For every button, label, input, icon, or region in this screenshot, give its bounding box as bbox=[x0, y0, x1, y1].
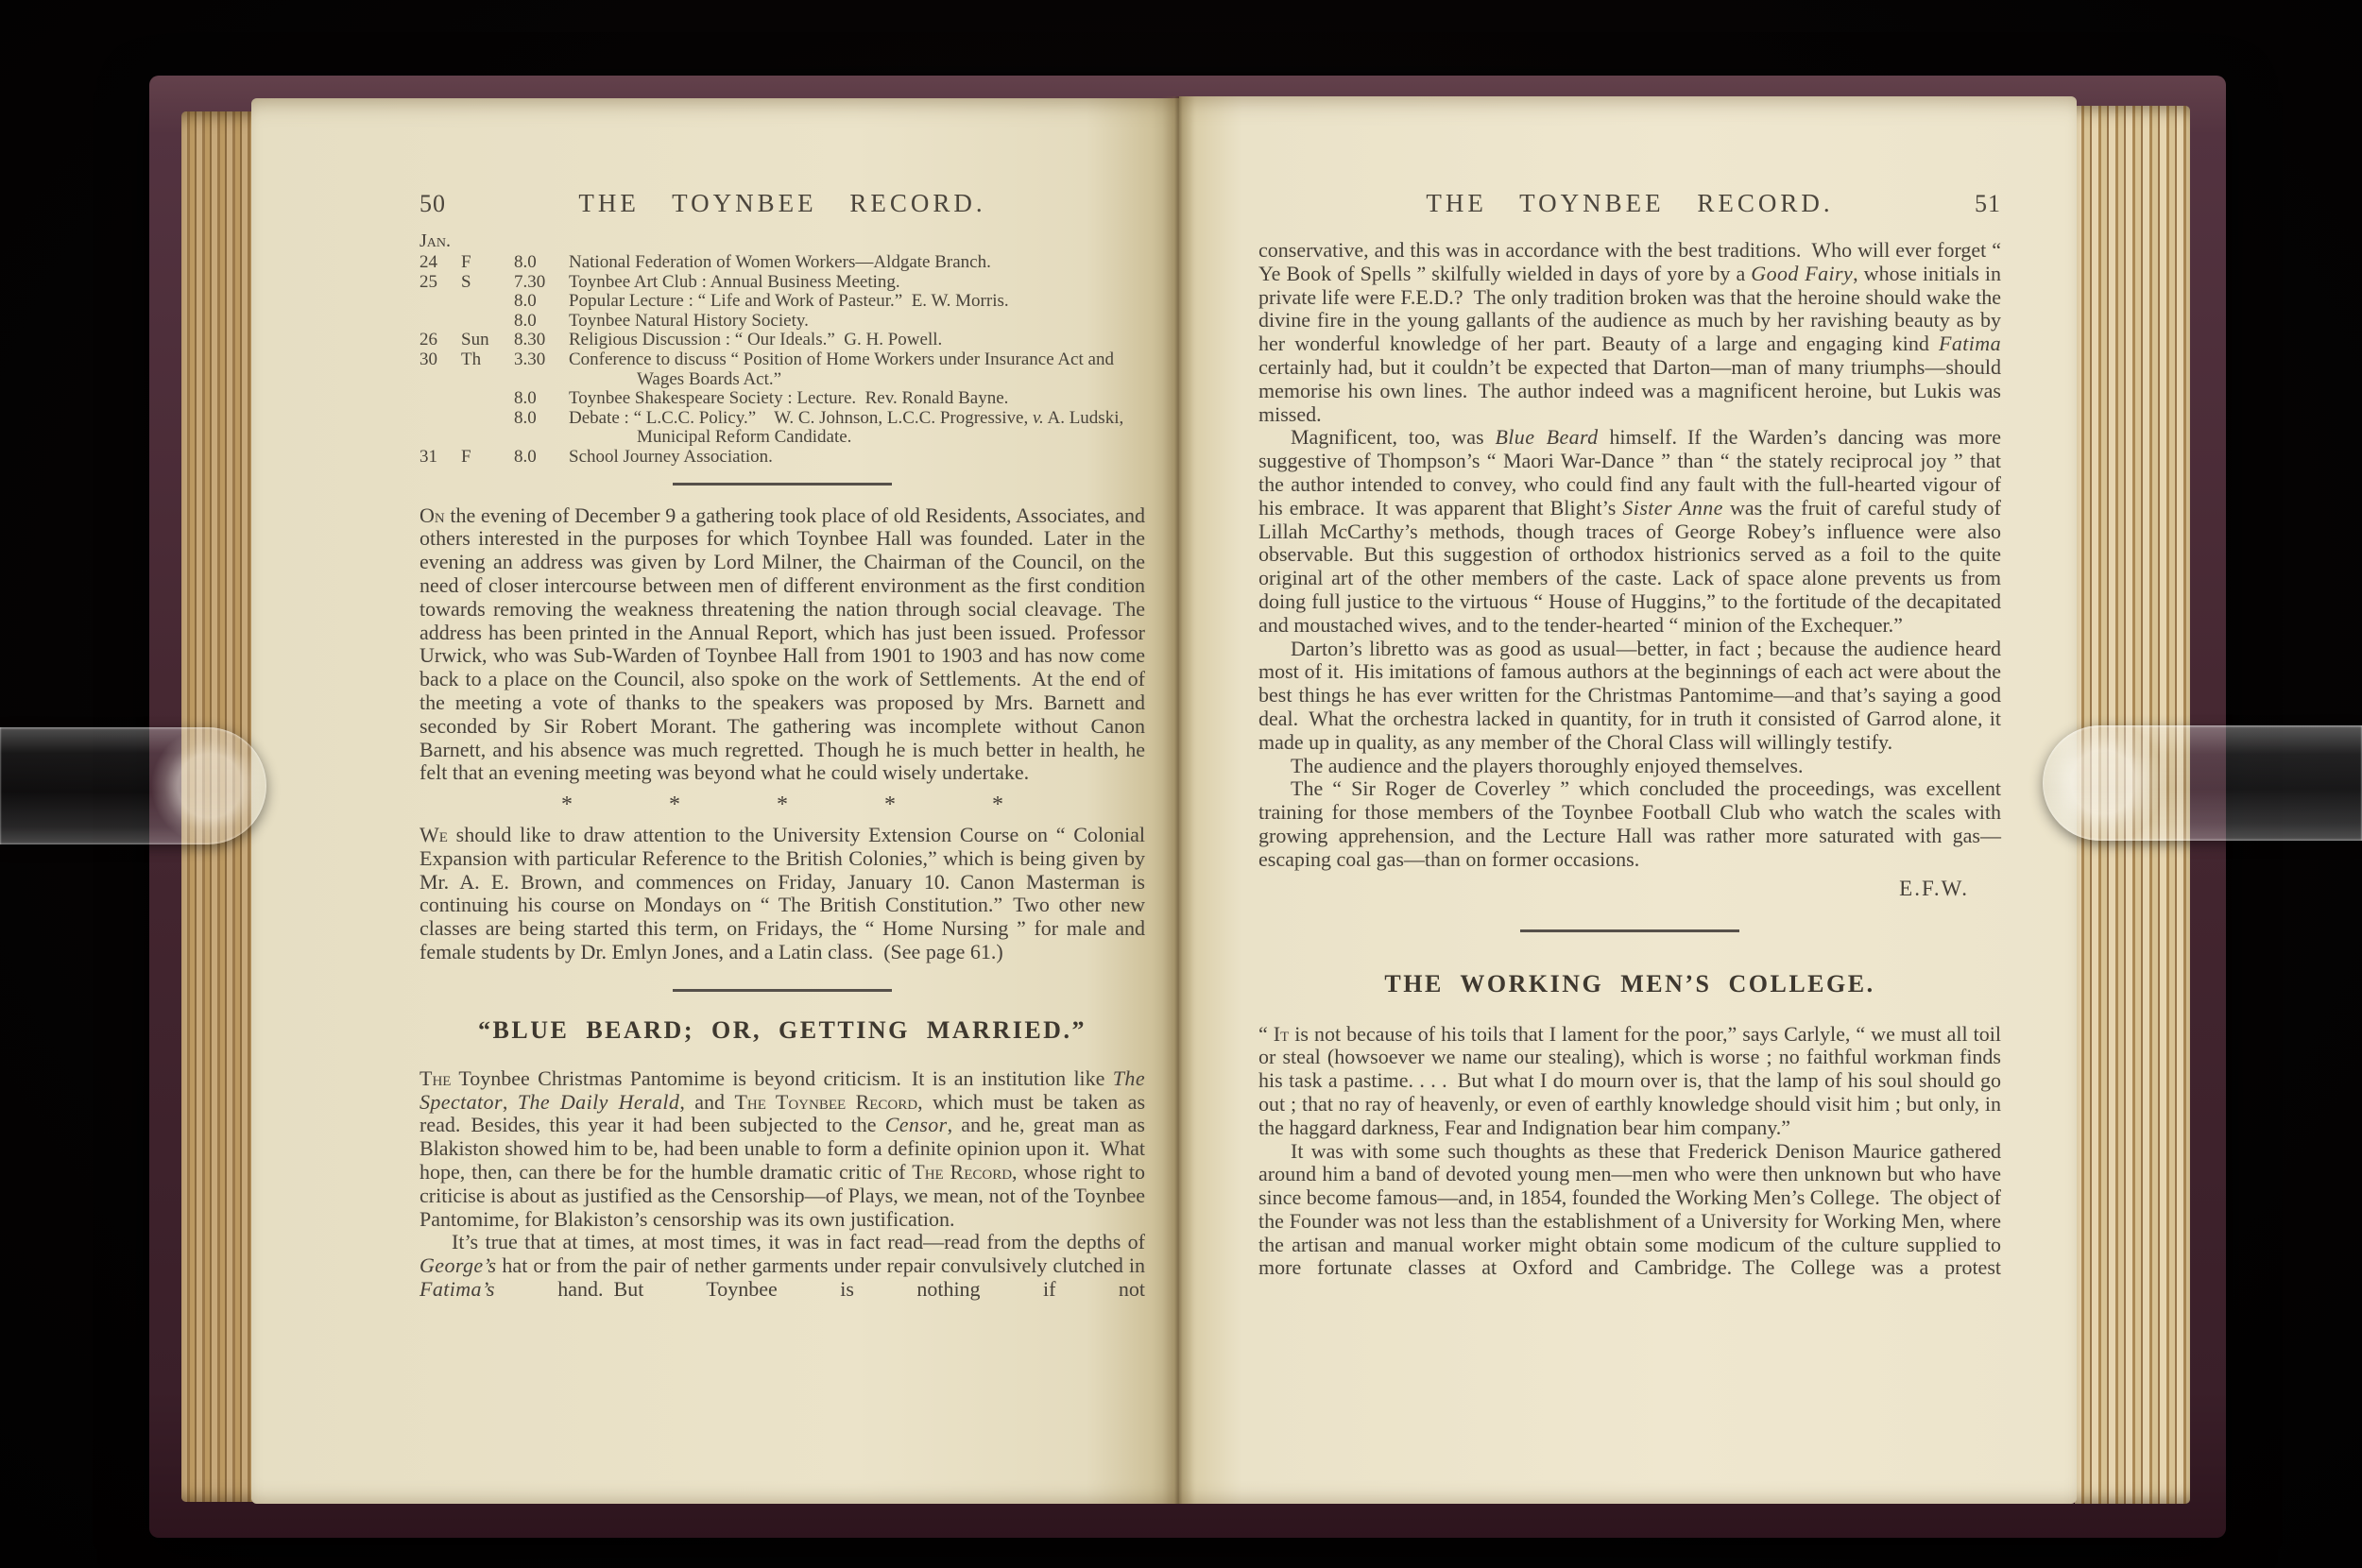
section-divider-rule bbox=[1520, 929, 1739, 932]
schedule-time: 8.30 bbox=[514, 331, 569, 350]
working-mens-college-heading: THE WORKING MEN’S COLLEGE. bbox=[1258, 970, 2001, 998]
schedule-desc: Toynbee Natural History Society. bbox=[569, 312, 1145, 332]
section-divider-rule bbox=[673, 989, 892, 992]
asterisk-separator: * * * * * bbox=[419, 793, 1145, 818]
running-head-right: THE TOYNBEE RECORD. 51 bbox=[1258, 189, 2001, 218]
page-right-content: THE TOYNBEE RECORD. 51 conservative, and… bbox=[1179, 96, 2077, 1504]
paragraph-conservative: conservative, and this was in accordance… bbox=[1258, 239, 2001, 426]
schedule-day: F bbox=[461, 253, 514, 273]
schedule-desc: Popular Lecture : “ Life and Work of Pas… bbox=[569, 292, 1145, 312]
glass-weight-left bbox=[0, 727, 266, 844]
schedule-desc: Toynbee Art Club : Annual Business Meeti… bbox=[569, 273, 1145, 293]
schedule-day bbox=[461, 292, 514, 312]
schedule-row: 31F8.0School Journey Association. bbox=[419, 448, 1145, 468]
schedule-desc: Religious Discussion : “ Our Ideals.” G.… bbox=[569, 331, 1145, 350]
schedule-time: 8.0 bbox=[514, 389, 569, 409]
schedule-date: 25 bbox=[419, 273, 461, 293]
schedule-day bbox=[461, 389, 514, 409]
schedule-date: 26 bbox=[419, 331, 461, 350]
schedule-time: 3.30 bbox=[514, 350, 569, 389]
paragraph-gathering: On the evening of December 9 a gathering… bbox=[419, 504, 1145, 786]
paragraph-extension-course: We should like to draw attention to the … bbox=[419, 824, 1145, 964]
paragraph-magnificent: Magnificent, too, was Blue Beard himself… bbox=[1258, 426, 2001, 637]
paragraph-darton: Darton’s libretto was as good as usual—b… bbox=[1258, 638, 2001, 755]
blue-beard-heading: “BLUE BEARD; OR, GETTING MARRIED.” bbox=[419, 1016, 1145, 1045]
schedule-day: S bbox=[461, 273, 514, 293]
page-number-left: 50 bbox=[419, 190, 446, 218]
schedule-row: 24F8.0National Federation of Women Worke… bbox=[419, 253, 1145, 273]
schedule-desc: School Journey Association. bbox=[569, 448, 1145, 468]
schedule-desc: Toynbee Shakespeare Society : Lecture. R… bbox=[569, 389, 1145, 409]
book-gutter-shadow bbox=[1162, 96, 1194, 1504]
schedule-day bbox=[461, 409, 514, 448]
schedule-date: 30 bbox=[419, 350, 461, 389]
schedule-date bbox=[419, 292, 461, 312]
paragraph-pantomime-2: It’s true that at times, at most times, … bbox=[419, 1231, 1145, 1301]
schedule-row: 8.0Popular Lecture : “ Life and Work of … bbox=[419, 292, 1145, 312]
author-initials: E.F.W. bbox=[1258, 877, 2001, 901]
events-schedule: 24F8.0National Federation of Women Worke… bbox=[419, 253, 1145, 468]
page-number-right: 51 bbox=[1975, 190, 2001, 218]
schedule-month-label: Jan. bbox=[419, 231, 1145, 250]
running-title-right: THE TOYNBEE RECORD. bbox=[1426, 189, 1833, 217]
paragraph-audience: The audience and the players thoroughly … bbox=[1258, 755, 2001, 778]
book-page-left: 50 THE TOYNBEE RECORD. Jan. 24F8.0Nation… bbox=[251, 98, 1179, 1504]
glass-weight-right bbox=[2043, 725, 2362, 841]
schedule-time: 8.0 bbox=[514, 409, 569, 448]
schedule-date: 24 bbox=[419, 253, 461, 273]
schedule-row: 8.0Debate : “ L.C.C. Policy.” W. C. John… bbox=[419, 409, 1145, 448]
paragraph-pantomime-1: The Toynbee Christmas Pantomime is beyon… bbox=[419, 1067, 1145, 1232]
schedule-day: Sun bbox=[461, 331, 514, 350]
schedule-day bbox=[461, 312, 514, 332]
schedule-time: 8.0 bbox=[514, 448, 569, 468]
paragraph-sir-roger: The “ Sir Roger de Coverley ” which conc… bbox=[1258, 777, 2001, 871]
schedule-time: 7.30 bbox=[514, 273, 569, 293]
schedule-row: 8.0Toynbee Shakespeare Society : Lecture… bbox=[419, 389, 1145, 409]
schedule-date: 31 bbox=[419, 448, 461, 468]
schedule-date bbox=[419, 389, 461, 409]
schedule-day: Th bbox=[461, 350, 514, 389]
running-head-left: 50 THE TOYNBEE RECORD. bbox=[419, 189, 1145, 218]
section-divider-rule bbox=[673, 483, 892, 486]
book-page-right: THE TOYNBEE RECORD. 51 conservative, and… bbox=[1179, 96, 2077, 1504]
schedule-desc: National Federation of Women Workers—Ald… bbox=[569, 253, 1145, 273]
running-title-left: THE TOYNBEE RECORD. bbox=[578, 189, 985, 217]
schedule-row: 26Sun8.30Religious Discussion : “ Our Id… bbox=[419, 331, 1145, 350]
schedule-date bbox=[419, 312, 461, 332]
schedule-desc: Debate : “ L.C.C. Policy.” W. C. Johnson… bbox=[569, 409, 1145, 448]
page-left-content: 50 THE TOYNBEE RECORD. Jan. 24F8.0Nation… bbox=[251, 98, 1179, 1504]
schedule-row: 30Th3.30Conference to discuss “ Position… bbox=[419, 350, 1145, 389]
schedule-time: 8.0 bbox=[514, 312, 569, 332]
schedule-time: 8.0 bbox=[514, 292, 569, 312]
schedule-row: 8.0Toynbee Natural History Society. bbox=[419, 312, 1145, 332]
paragraph-maurice: It was with some such thoughts as these … bbox=[1258, 1140, 2001, 1281]
schedule-date bbox=[419, 409, 461, 448]
schedule-day: F bbox=[461, 448, 514, 468]
schedule-row: 25S7.30Toynbee Art Club : Annual Busines… bbox=[419, 273, 1145, 293]
schedule-desc: Conference to discuss “ Position of Home… bbox=[569, 350, 1145, 389]
paragraph-carlyle-quote: “ It is not because of his toils that I … bbox=[1258, 1023, 2001, 1140]
schedule-time: 8.0 bbox=[514, 253, 569, 273]
